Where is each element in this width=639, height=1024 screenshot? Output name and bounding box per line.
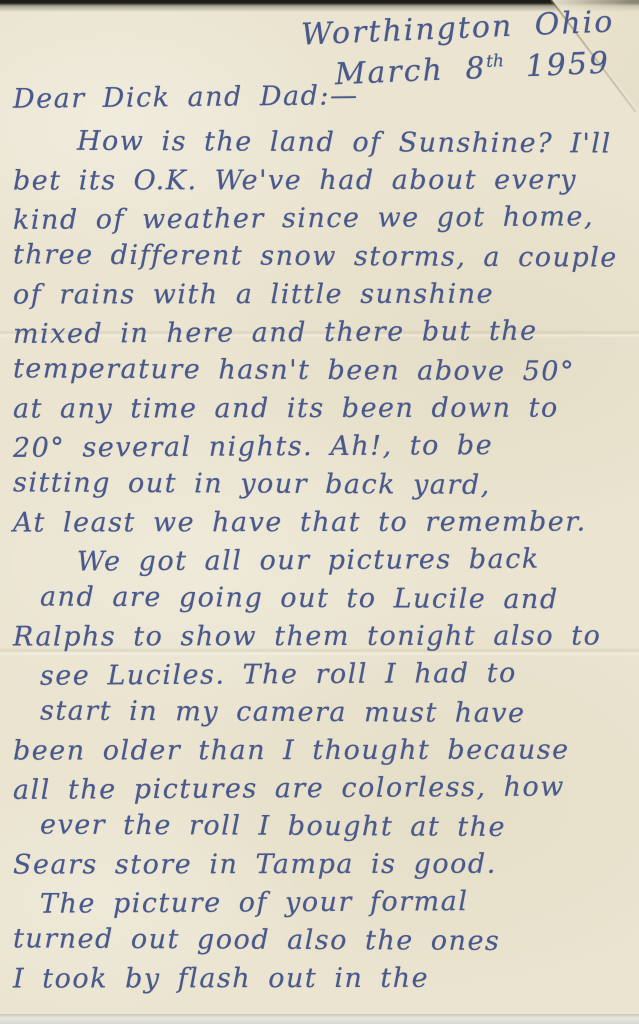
letter-line: Sears store in Tampa is good. [13,845,635,884]
letter-line: kind of weather since we got home, [13,198,635,240]
letter-line: sitting out in your back yard, [13,464,635,505]
letter-line: see Luciles. The roll I had to [13,654,635,696]
scan-edge-bottom [0,1014,639,1024]
letter-line: At least we have that to remember. [13,503,635,542]
letter-line: Ralphs to show them tonight also to [13,617,635,656]
letter-line: at any time and its been down to [13,389,635,428]
date-ordinal: th [485,51,504,72]
letter-line: of rains with a little sunshine [13,275,635,314]
letter-line: and are going out to Lucile and [13,578,635,619]
letter-line: start in my camera must have [13,692,635,733]
letter-line: mixed in here and there but the [13,312,635,354]
scanned-letter-page: Worthington Ohio March 8th 1959 Dear Dic… [0,0,639,1024]
letter-line: turned out good also the ones [13,920,635,961]
letter-line: bet its O.K. We've had about every [13,161,635,200]
letter-line: How is the land of Sunshine? I'll [13,122,635,163]
letter-body: How is the land of Sunshine? I'llbet its… [13,124,635,998]
letter-line: The picture of your formal [13,882,635,924]
letter-line: We got all our pictures back [13,540,635,582]
letter-line: temperature hasn't been above 50° [13,350,635,391]
letter-line: three different snow storms, a couple [13,236,635,277]
letter-line: all the pictures are colorless, how [13,768,635,810]
salutation: Dear Dick and Dad:— [13,80,359,115]
letter-line: I took by flash out in the [13,959,635,998]
letter-line: 20° several nights. Ah!, to be [13,426,635,468]
letter-line: ever the roll I bought at the [13,806,635,847]
letter-line: been older than I thought because [13,731,635,770]
date-year: 1959 [525,46,611,85]
